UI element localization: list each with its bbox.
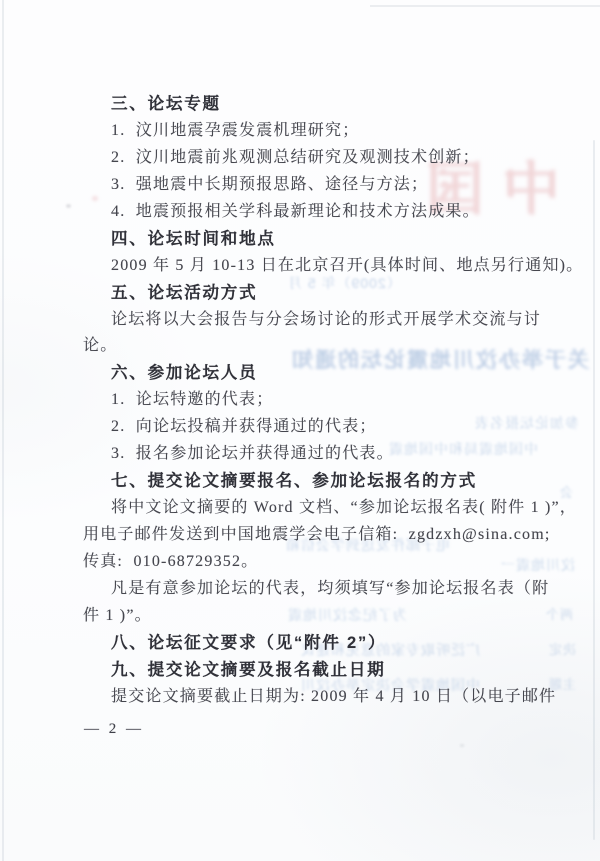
text-line: 论。 (83, 333, 553, 360)
section-heading: 八、论坛征文要求（见“附件 2”） (83, 630, 553, 657)
text-line: 凡是有意参加论坛的代表，均须填写“参加论坛报名表（附 (83, 576, 553, 603)
scan-edge-left (2, 0, 4, 861)
section-heading: 六、参加论坛人员 (83, 360, 553, 387)
section-heading: 七、提交论文摘要报名、参加论坛报名的方式 (83, 468, 553, 495)
text-line: 3. 强地震中长期预报思路、途径与方法； (83, 172, 553, 199)
scanned-page: 中国（2009）年 5 月关于举办汶川地震论坛的通知参加论坛报名表中国地震局和中… (0, 0, 600, 861)
section-heading: 四、论坛时间和地点 (83, 226, 553, 253)
text-line: 1. 汶川地震孕震发震机理研究； (83, 118, 553, 145)
document-body: 三、论坛专题1. 汶川地震孕震发震机理研究；2. 汶川地震前兆观测总结研究及观测… (83, 91, 553, 711)
scan-speck (66, 204, 71, 208)
scan-edge-right (593, 140, 595, 840)
section-heading: 三、论坛专题 (83, 91, 553, 118)
text-line: 将中文论文摘要的 Word 文档、“参加论坛报名表( 附件 1 )”， (83, 495, 553, 522)
scan-edge-top (370, 5, 600, 7)
page-number: — 2 — (84, 721, 144, 738)
text-line: 提交论文摘要截止日期为: 2009 年 4 月 10 日（以电子邮件 (83, 684, 553, 711)
text-line: 4. 地震预报相关学科最新理论和技术方法成果。 (83, 199, 553, 226)
text-line: 2009 年 5 月 10-13 日在北京召开(具体时间、地点另行通知)。 (83, 253, 553, 280)
section-heading: 九、提交论文摘要及报名截止日期 (83, 657, 553, 684)
text-line: 传真: 010-68729352。 (83, 549, 553, 576)
text-line: 2. 汶川地震前兆观测总结研究及观测技术创新； (83, 145, 553, 172)
text-line: 2. 向论坛投稿并获得通过的代表； (83, 414, 553, 441)
text-line: 3. 报名参加论坛并获得通过的代表。 (83, 441, 553, 468)
text-line: 论坛将以大会报告与分会场讨论的形式开展学术交流与讨 (83, 307, 553, 334)
scan-speck (460, 744, 464, 747)
text-line: 1. 论坛特邀的代表； (83, 387, 553, 414)
text-line: 件 1 )”。 (83, 603, 553, 630)
section-heading: 五、论坛活动方式 (83, 280, 553, 307)
text-line: 用电子邮件发送到中国地震学会电子信箱: zgdzxh@sina.com; (83, 522, 553, 549)
